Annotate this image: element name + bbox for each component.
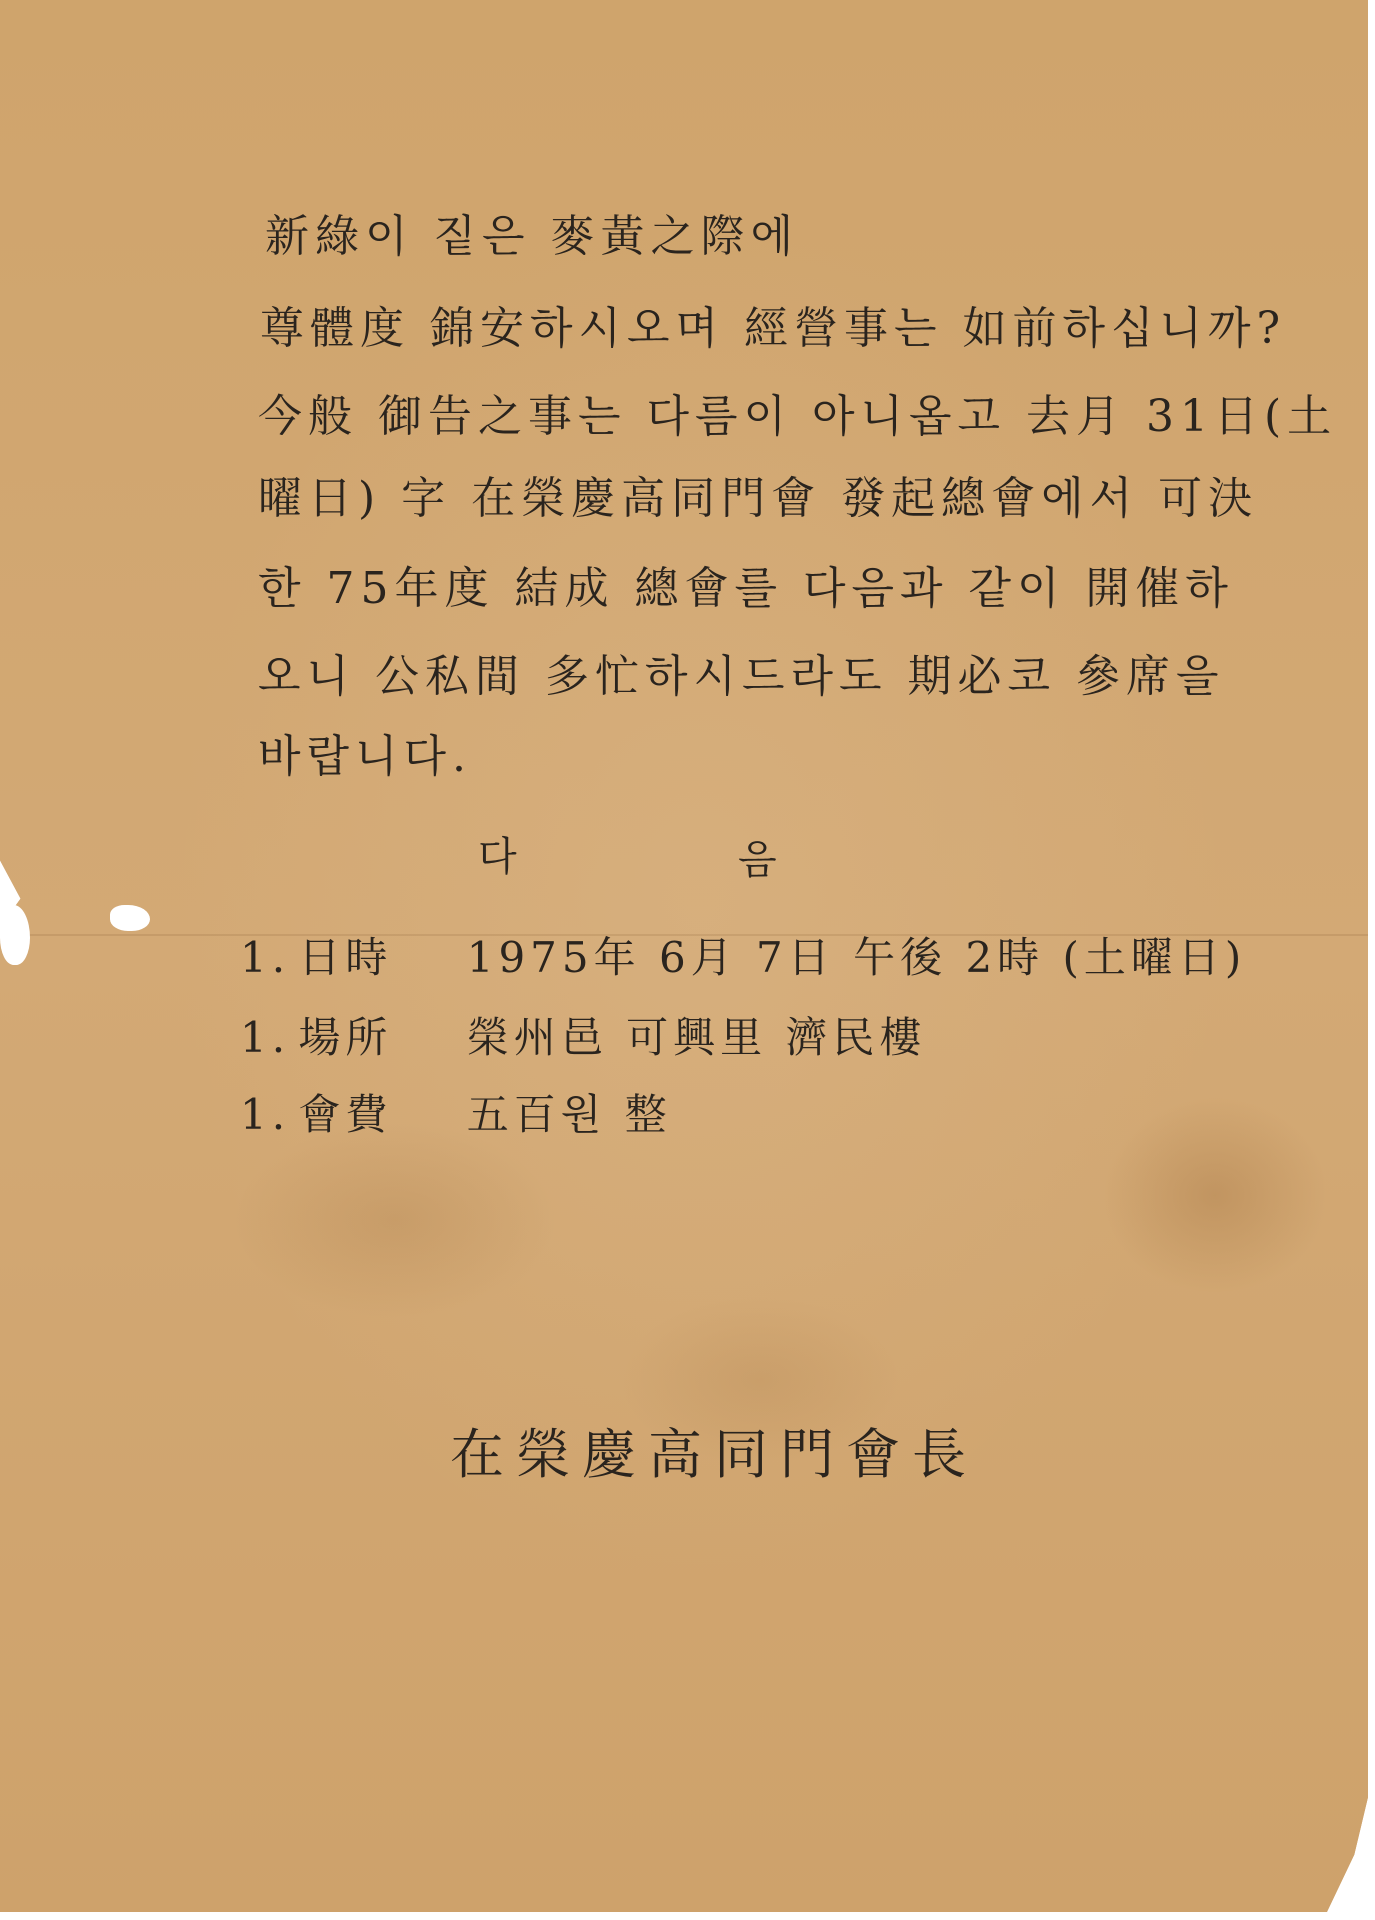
item-value: 1975年 6月 7日 午後 2時 (土曜日) <box>467 933 1247 982</box>
item-value: 五百원 整 <box>467 1090 672 1139</box>
body-line-3: 今般 御告之事는 다름이 아니옵고 去月 31日(土 <box>258 380 1337 444</box>
detail-item-fee: 1. 會費 五百원 整 <box>240 1082 672 1142</box>
body-line-4: 曜日) 字 在榮慶高同門會 發起總會에서 可決 <box>258 462 1258 526</box>
body-line-1: 新綠이 짙은 麥黃之際에 <box>265 200 799 264</box>
signature: 在榮慶高同門會長 <box>450 1412 978 1489</box>
item-label: 會費 <box>298 1082 448 1142</box>
item-value: 榮州邑 可興里 濟民樓 <box>467 1013 927 1062</box>
paper-hole <box>110 905 150 931</box>
item-label: 場所 <box>298 1005 448 1065</box>
heading-char-1: 다 <box>478 825 517 882</box>
body-line-5: 한 75年度 結成 總會를 다음과 같이 開催하 <box>258 552 1234 616</box>
item-number: 1. <box>240 1090 280 1139</box>
item-number: 1. <box>240 933 280 982</box>
detail-item-place: 1. 場所 榮州邑 可興里 濟民樓 <box>240 1005 926 1065</box>
body-line-6: 오니 公私間 多忙하시드라도 期必코 參席을 <box>258 640 1224 704</box>
heading-char-2: 음 <box>738 828 777 885</box>
item-number: 1. <box>240 1013 280 1062</box>
item-label: 日時 <box>298 925 448 985</box>
body-line-2: 尊體度 錦安하시오며 經營事는 如前하십니까? <box>260 292 1286 356</box>
body-line-7: 바랍니다. <box>258 720 472 784</box>
detail-item-datetime: 1. 日時 1975年 6月 7日 午後 2時 (土曜日) <box>240 925 1246 985</box>
